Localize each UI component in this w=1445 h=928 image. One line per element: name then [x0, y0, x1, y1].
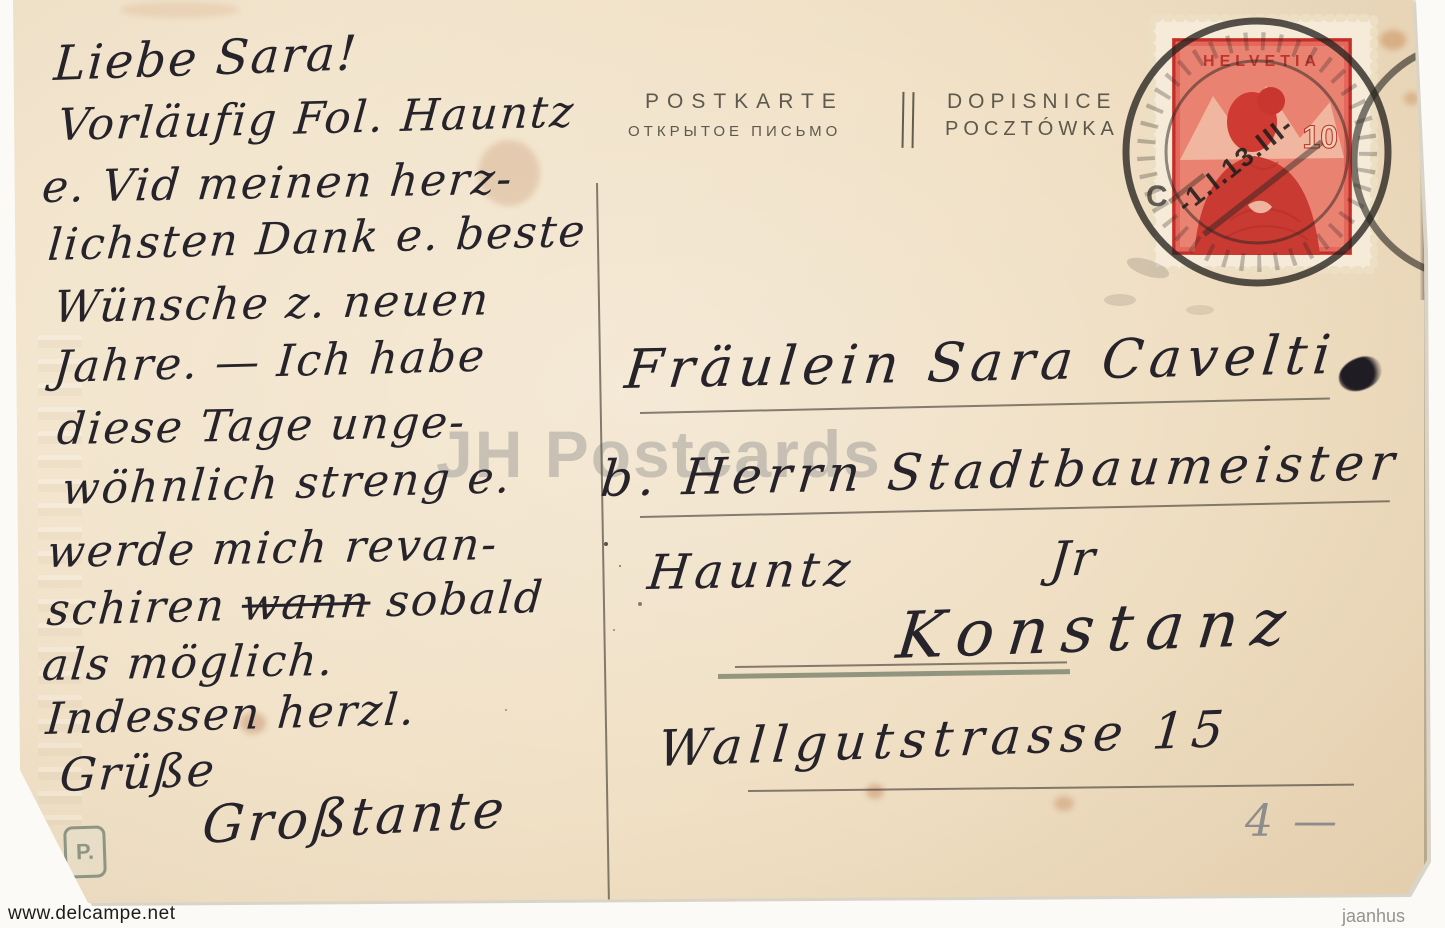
message-line: Grüße: [58, 742, 218, 802]
stamp-and-postmark: HELVETIA 10 C -1.I.13.III-: [1050, 0, 1428, 332]
message-line: Liebe Sara!: [52, 25, 360, 92]
address-jr: Jr: [1048, 530, 1099, 588]
scan-caption-jaanhus: jaanhus: [1342, 906, 1405, 927]
foxing-spot: [1054, 796, 1074, 811]
postmark-town-letter: C: [1146, 180, 1168, 213]
message-line: e. Vid meinen herz-: [40, 154, 516, 213]
publisher-monogram-logo: P.: [63, 825, 107, 878]
foxing-spot: [120, 2, 240, 18]
header-divider-bars: [902, 92, 915, 148]
scan-caption-delcampe: www.delcampe.net: [8, 903, 175, 925]
header-otkrytoe-pismo: Открытое письмо: [628, 118, 841, 142]
message-line: Wünsche z. neuen: [52, 274, 492, 333]
message-word: schiren: [45, 580, 244, 636]
postcard-back: JH Postcards POSTKARTE Открытое письмо D…: [0, 0, 1445, 928]
address-surname: Hauntz: [645, 541, 858, 601]
message-line: als möglich.: [40, 635, 337, 691]
message-line: Indessen herzl.: [44, 684, 418, 745]
address-city: Konstanz: [893, 586, 1302, 674]
pencil-price-note: 4 —: [1245, 796, 1340, 847]
header-postkarte: POSTKARTE: [645, 90, 844, 114]
struck-word: wann: [240, 576, 373, 630]
ink-specks: [604, 542, 608, 546]
postcard-scan: JH Postcards POSTKARTE Открытое письмо D…: [0, 0, 1445, 928]
message-word: sobald: [368, 572, 546, 628]
message-line: diese Tage unge-: [55, 397, 468, 455]
foxing-spot: [866, 784, 884, 799]
message-line: werde mich revan-: [45, 519, 500, 578]
publisher-monogram-text: P.: [76, 839, 95, 866]
